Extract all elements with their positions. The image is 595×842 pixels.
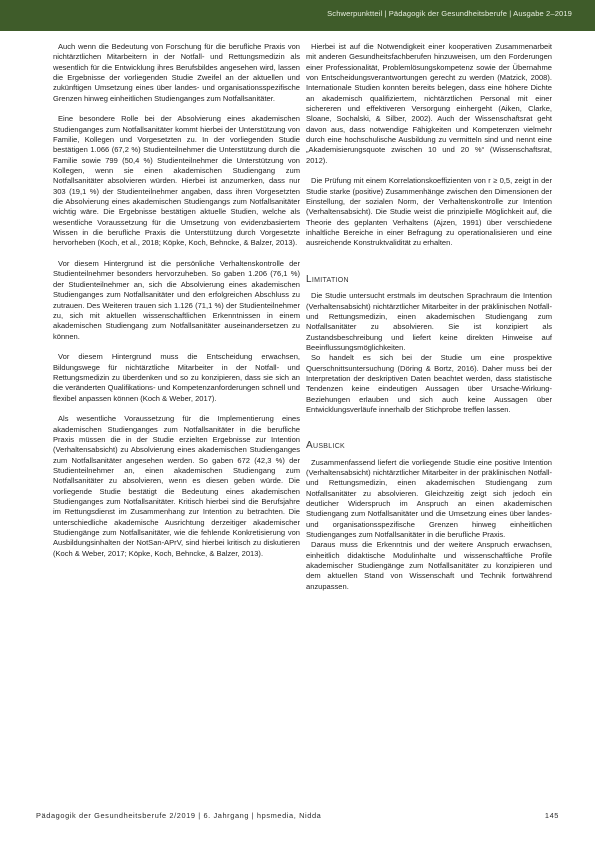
paragraph: Als wesentliche Voraussetzung für die Im… (53, 414, 300, 559)
section-heading-limitation: Limitation (306, 275, 552, 285)
left-column: Auch wenn die Bedeutung von Forschung fü… (53, 42, 300, 559)
running-title: Schwerpunktteil | Pädagogik der Gesundhe… (327, 9, 572, 18)
page-number: 145 (545, 811, 559, 820)
paragraph: Hierbei ist auf die Notwendigkeit einer … (306, 42, 552, 166)
paragraph: Die Prüfung mit einem Korrelationskoeffi… (306, 176, 552, 248)
paragraph: Die Studie untersucht erstmals im deutsc… (306, 291, 552, 353)
right-column: Hierbei ist auf die Notwendigkeit einer … (306, 42, 552, 592)
paragraph: Vor diesem Hintergrund muss die Entschei… (53, 352, 300, 404)
section-heading-ausblick: Ausblick (306, 441, 552, 451)
paragraph: Vor diesem Hintergrund ist die persönlic… (53, 259, 300, 342)
paragraph: So handelt es sich bei der Studie um ein… (306, 353, 552, 415)
journal-info: Pädagogik der Gesundheitsberufe 2/2019 |… (36, 811, 321, 820)
paragraph: Auch wenn die Bedeutung von Forschung fü… (53, 42, 300, 104)
paragraph: Zusammenfassend liefert die vorliegende … (306, 458, 552, 541)
paragraph: Eine besondere Rolle bei der Absolvierun… (53, 114, 300, 248)
paragraph: Daraus muss die Erkenntnis und der weite… (306, 540, 552, 592)
header-bar: Schwerpunktteil | Pädagogik der Gesundhe… (0, 0, 595, 31)
